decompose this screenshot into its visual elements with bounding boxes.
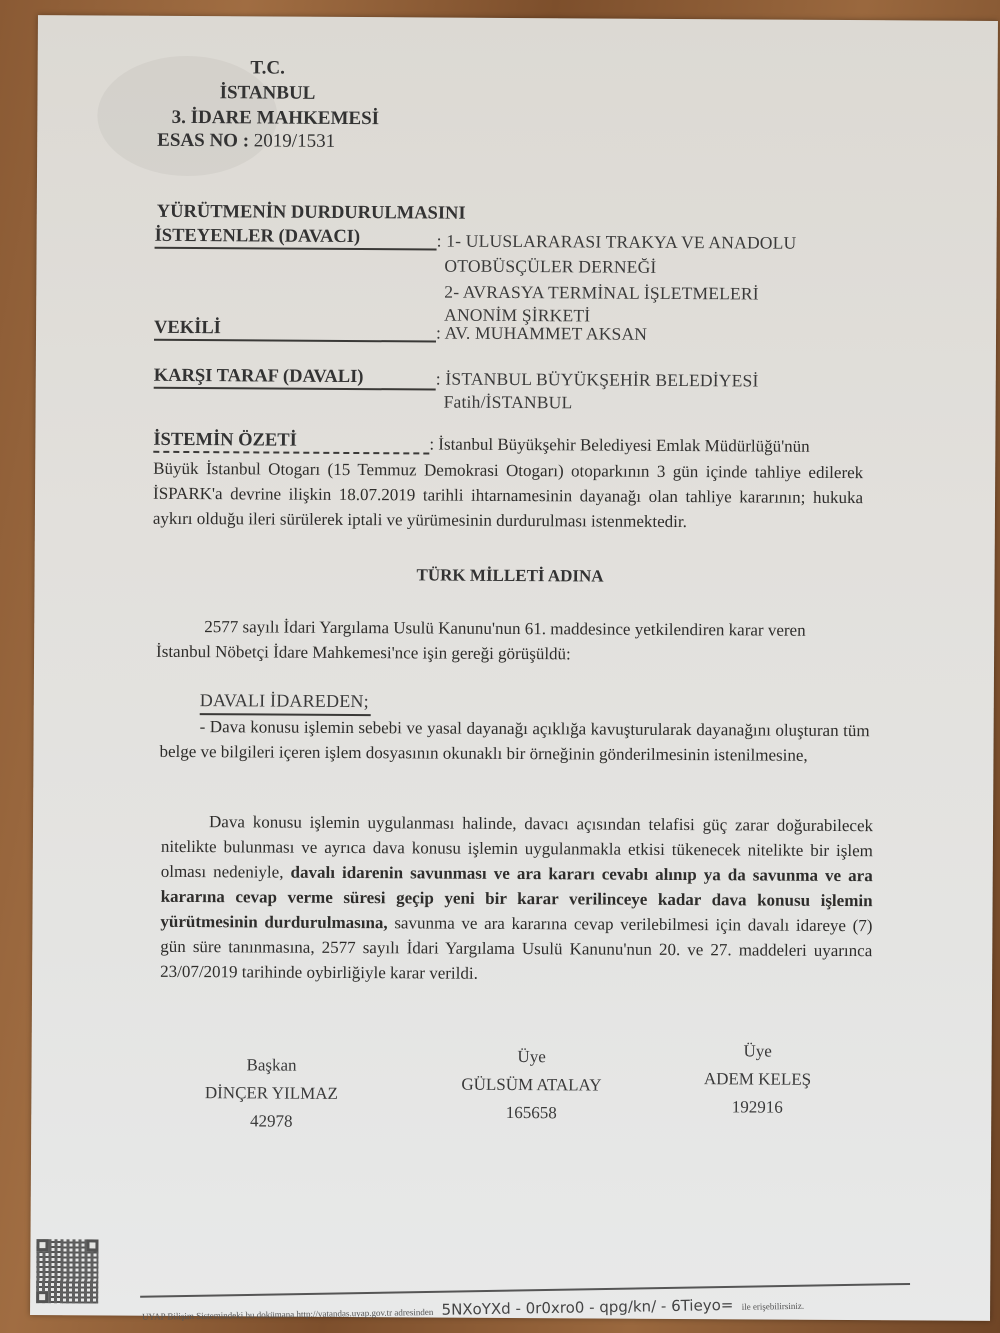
signature-name: ADEM KELEŞ bbox=[647, 1065, 867, 1094]
signature-role: Üye bbox=[648, 1037, 868, 1066]
signature-name: DİNÇER YILMAZ bbox=[161, 1079, 381, 1108]
plaintiff-label: İSTEYENLER (DAVACI) bbox=[155, 226, 437, 251]
signature-president: Başkan DİNÇER YILMAZ 42978 bbox=[161, 1051, 382, 1136]
verification-code: 5NXoYXd - 0r0xro0 - qpg/kn/ - 6Tieyo= bbox=[441, 1296, 733, 1319]
signature-role: Üye bbox=[422, 1042, 642, 1071]
qr-code-icon bbox=[36, 1239, 98, 1303]
footer-suffix: ile erişebilirsiniz. bbox=[742, 1301, 805, 1312]
header-tc: T.C. bbox=[148, 56, 388, 81]
plaintiff-line-2: OTOBÜSÇÜLER DERNEĞİ bbox=[444, 254, 656, 280]
defendant-line-2: Fatih/İSTANBUL bbox=[444, 390, 573, 416]
decision-main: Dava konusu işlemin uygulanması halinde,… bbox=[160, 809, 873, 988]
footer-verification: UYAP Bilişim Sistemindeki bu dokümana ht… bbox=[142, 1295, 804, 1324]
title-line: YÜRÜTMENİN DURDURULMASINI bbox=[157, 202, 466, 225]
case-number-label: ESAS NO : bbox=[157, 130, 249, 152]
signature-member-2: Üye ADEM KELEŞ 192916 bbox=[647, 1037, 868, 1122]
case-number-value: 2019/1531 bbox=[254, 130, 335, 151]
qr-finder-icon bbox=[86, 1239, 98, 1251]
defendant-label: KARŞI TARAF (DAVALI) bbox=[154, 366, 436, 391]
summary-label: İSTEMİN ÖZETİ bbox=[153, 430, 429, 455]
qr-finder-icon bbox=[36, 1239, 48, 1251]
signature-member-1: Üye GÜLSÜM ATALAY 165658 bbox=[421, 1042, 642, 1127]
qr-finder-icon bbox=[36, 1291, 48, 1303]
plaintiff-line-1: : 1- ULUSLARARASI TRAKYA VE ANADOLU bbox=[437, 229, 797, 256]
summary-body: Büyük İstanbul Otogarı (15 Temmuz Demokr… bbox=[153, 456, 863, 535]
signature-id: 165658 bbox=[421, 1098, 641, 1127]
court-document-page: T.C. İSTANBUL 3. İDARE MAHKEMESİ ESAS NO… bbox=[30, 15, 998, 1321]
footer-prefix: UYAP Bilişim Sistemindeki bu dokümana ht… bbox=[142, 1307, 433, 1322]
decision-title: TÜRK MİLLETİ ADINA bbox=[417, 565, 604, 586]
signature-role: Başkan bbox=[161, 1051, 381, 1080]
signature-name: GÜLSÜM ATALAY bbox=[421, 1070, 641, 1099]
header-court: 3. İDARE MAHKEMESİ bbox=[155, 106, 395, 131]
attorney-value: : AV. MUHAMMET AKSAN bbox=[436, 321, 647, 347]
section-text: - Dava konusu işlemin sebebi ve yasal da… bbox=[159, 714, 869, 768]
signature-id: 192916 bbox=[647, 1093, 867, 1122]
header-city: İSTANBUL bbox=[147, 81, 387, 106]
section-label: DAVALI İDAREDEN; bbox=[200, 688, 371, 716]
attorney-label: VEKİLİ bbox=[154, 318, 436, 343]
signature-id: 42978 bbox=[161, 1107, 381, 1136]
decision-intro: 2577 sayılı İdari Yargılama Usulü Kanunu… bbox=[156, 614, 816, 668]
case-number: ESAS NO : 2019/1531 bbox=[157, 130, 335, 153]
summary-first-line: : İstanbul Büyükşehir Belediyesi Emlak M… bbox=[429, 431, 863, 459]
